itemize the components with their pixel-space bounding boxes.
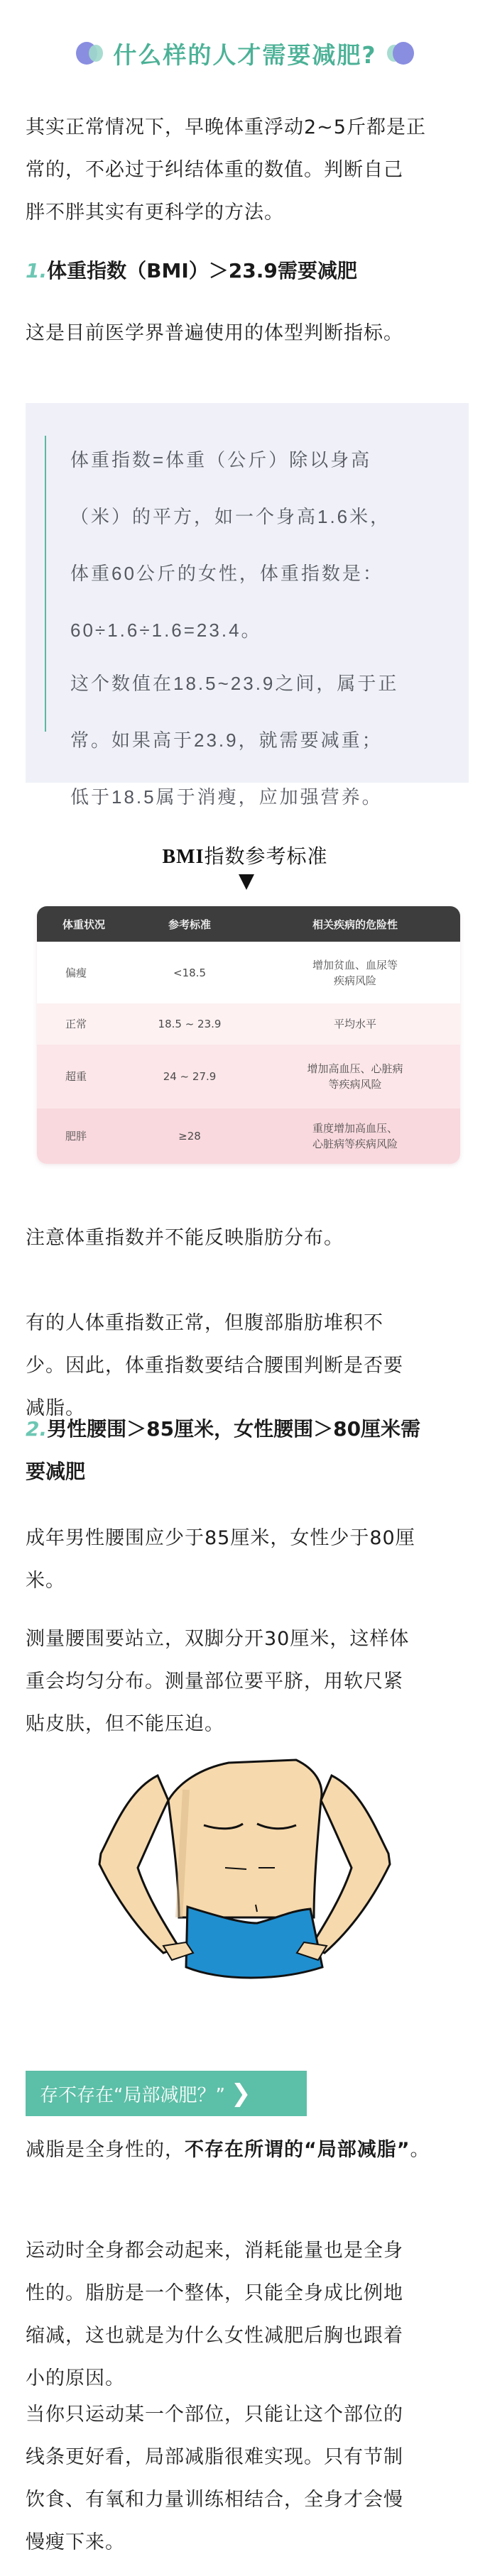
text-line: 当你只运动某一个部位，只能让这个部位的 [26,2394,466,2436]
formula-text: 体重指数=体重（公斤）除以身高 （米）的平方，如一个身高1.6米， 体重60公斤… [70,431,454,659]
text-line: 重会均匀分布。测量部位要平脐，用软尺紧 [26,1661,466,1703]
bmi-reference-table: 体重状况 参考标准 相关疾病的危险性 偏瘦 <18.5 增加贫血、血尿等 疾病风… [37,906,460,1164]
section-number: 1. [26,259,47,282]
table-header: 体重状况 参考标准 相关疾病的危险性 [37,906,460,942]
text-line: 饮食、有氧和力量训练相结合，全身才会慢 [26,2479,466,2521]
bubble-decoration-icon [387,41,415,65]
header-cell: 体重状况 [37,917,129,932]
chevron-right-icon: ❯ [231,2079,251,2108]
risk-line: 平均水平 [250,1016,460,1032]
text-line: 体重60公斤的女性，体重指数是： [70,545,454,602]
text-line: 有的人体重指数正常，但腹部脂肪堆积不 [26,1302,466,1345]
text-line: 体重指数=体重（公斤）除以身高 [70,431,454,488]
torso-illustration [80,1747,410,1981]
text-line: 常的，不必过于纠结体重的数值。判断自己 [26,149,466,192]
header-cell: 相关疾病的危险性 [250,917,460,932]
text-line: 米。 [26,1560,466,1602]
risk-cell: 增加高血压、心脏病 等疾病风险 [250,1061,460,1092]
text-line: 胖不胖其实有更科学的方法。 [26,192,466,234]
range-cell: 24 ~ 27.9 [129,1069,250,1084]
risk-cell: 增加贫血、血尿等 疾病风险 [250,957,460,989]
risk-cell: 平均水平 [250,1016,460,1032]
text-line: 线条更好看，局部减脂很难实现。只有节制 [26,2436,466,2479]
section-heading-bmi: 1.体重指数（BMI）＞23.9需要减肥 [26,250,466,292]
risk-line: 增加贫血、血尿等 [250,957,460,973]
waist-measure-paragraph: 测量腰围要站立，双脚分开30厘米，这样体 重会均匀分布。测量部位要平脐，用软尺紧… [26,1618,466,1746]
callout-left-border [45,436,46,732]
whole-body-fat-paragraph: 减脂是全身性的，不存在所谓的“局部减脂”。 [26,2129,466,2172]
bmi-formula-callout: 体重指数=体重（公斤）除以身高 （米）的平方，如一个身高1.6米， 体重60公斤… [26,403,469,783]
bmi-intro-paragraph: 这是目前医学界普遍使用的体型判断指标。 [26,312,466,355]
header-cell: 参考标准 [129,917,250,932]
tag-label: 存不存在“局部减肥？” [40,2081,225,2107]
text-line: 缩减，这也就是为什么女性减肥后胸也跟着 [26,2315,466,2357]
status-cell: 正常 [37,1016,129,1032]
range-cell: ≥28 [129,1128,250,1144]
status-cell: 偏瘦 [37,965,129,981]
risk-line: 增加高血压、心脏病 [250,1061,460,1077]
table-row: 超重 24 ~ 27.9 增加高血压、心脏病 等疾病风险 [37,1045,460,1108]
section-heading-waist: 2.男性腰围＞85厘米，女性腰围＞80厘米需 要减肥 [26,1408,466,1493]
risk-line: 疾病风险 [250,973,460,989]
text-line: 少。因此，体重指数要结合腰围判断是否要 [26,1345,466,1387]
range-explanation-text: 这个数值在18.5~23.9之间，属于正 常。如果高于23.9，就需要减重； 低… [70,655,454,825]
intro-paragraph: 其实正常情况下，早晚体重浮动2~5斤都是正 常的，不必过于纠结体重的数值。判断自… [26,106,466,234]
title-text: 什么样的人才需要减肥? [113,37,376,70]
range-cell: 18.5 ~ 23.9 [129,1016,250,1032]
text-normal: 减脂是全身性的， [26,2139,185,2161]
text-line: 运动时全身都会动起来，消耗能量也是全身 [26,2230,466,2272]
text-line: 常。如果高于23.9，就需要减重； [70,712,454,769]
table-row: 正常 18.5 ~ 23.9 平均水平 [37,1003,460,1045]
section-title: 男性腰围＞85厘米，女性腰围＞80厘米需 [47,1417,420,1441]
caption-prefix: BMI [162,846,204,868]
torso-drawing-icon [80,1747,410,1981]
section-number: 2. [26,1417,47,1441]
text-line: 慢瘦下来。 [26,2521,466,2564]
text-line: 成年男性腰围应少于85厘米，女性少于80厘 [26,1517,466,1560]
article-title: 什么样的人才需要减肥? [0,35,490,71]
risk-line: 心脏病等疾病风险 [250,1136,460,1152]
text-line: （米）的平方，如一个身高1.6米， [70,488,454,545]
bubble-decoration-icon [75,41,103,65]
text-bold: 不存在所谓的“局部减脂” [185,2139,410,2161]
spot-training-paragraph: 当你只运动某一个部位，只能让这个部位的 线条更好看，局部减脂很难实现。只有节制 … [26,2394,466,2564]
section-tag-local-fat: 存不存在“局部减肥？” ❯ [26,2071,307,2116]
text-normal: 。 [410,2139,430,2161]
text-line: 这个数值在18.5~23.9之间，属于正 [70,655,454,712]
risk-line: 等疾病风险 [250,1077,460,1092]
text-line: 测量腰围要站立，双脚分开30厘米，这样体 [26,1618,466,1661]
table-row: 偏瘦 <18.5 增加贫血、血尿等 疾病风险 [37,942,460,1003]
status-cell: 超重 [37,1069,129,1084]
caption-suffix: 指数参考标准 [204,844,327,868]
risk-cell: 重度增加高血压、 心脏病等疾病风险 [250,1121,460,1152]
text-line: 贴皮肤，但不能压迫。 [26,1703,466,1746]
status-cell: 肥胖 [37,1128,129,1144]
text-line: 60÷1.6÷1.6=23.4。 [70,602,454,659]
text-line: 低于18.5属于消瘦，应加强营养。 [70,769,454,825]
exercise-paragraph: 运动时全身都会动起来，消耗能量也是全身 性的。脂肪是一个整体，只能全身成比例地 … [26,2230,466,2400]
bmi-limitation-note: 注意体重指数并不能反映脂肪分布。 [26,1217,466,1260]
down-triangle-icon [239,874,254,890]
bmi-table-caption: BMI指数参考标准 [0,841,490,869]
section-title: 要减肥 [26,1451,466,1493]
text-line: 性的。脂肪是一个整体，只能全身成比例地 [26,2272,466,2315]
table-row: 肥胖 ≥28 重度增加高血压、 心脏病等疾病风险 [37,1108,460,1164]
section-title: 体重指数（BMI）＞23.9需要减肥 [47,259,357,282]
text-line: 其实正常情况下，早晚体重浮动2~5斤都是正 [26,106,466,149]
waist-threshold-paragraph: 成年男性腰围应少于85厘米，女性少于80厘 米。 [26,1517,466,1602]
range-cell: <18.5 [129,965,250,981]
risk-line: 重度增加高血压、 [250,1121,460,1136]
